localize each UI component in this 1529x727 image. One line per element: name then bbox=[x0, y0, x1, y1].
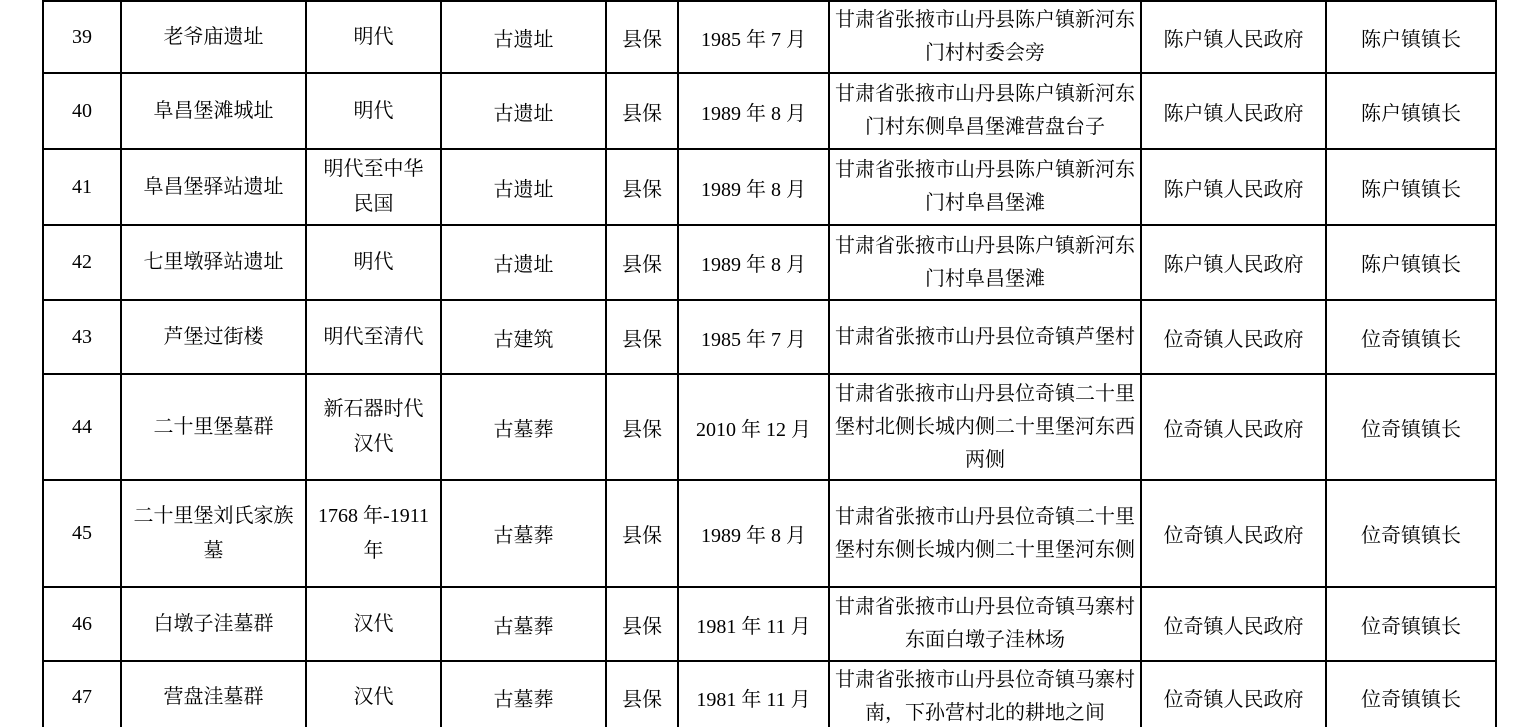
cell-category: 古遗址 bbox=[441, 149, 606, 225]
cell-category: 古墓葬 bbox=[441, 374, 606, 480]
cell-responsible-person: 陈户镇镇长 bbox=[1326, 1, 1496, 73]
table-row: 47 营盘洼墓群 汉代 古墓葬 县保 1981 年 11 月 甘肃省张掖市山丹县… bbox=[43, 661, 1496, 727]
cell-address: 甘肃省张掖市山丹县陈户镇新河东门村村委会旁 bbox=[829, 1, 1141, 73]
cell-responsible-person: 位奇镇镇长 bbox=[1326, 587, 1496, 661]
cell-site-name: 老爷庙遗址 bbox=[121, 1, 306, 73]
cell-protection-level: 县保 bbox=[606, 149, 678, 225]
cell-address: 甘肃省张掖市山丹县位奇镇马寨村东面白墩子洼林场 bbox=[829, 587, 1141, 661]
cell-number: 44 bbox=[43, 374, 121, 480]
cell-era: 明代至中华 民国 bbox=[306, 149, 441, 225]
table-row: 45 二十里堡刘氏家族 墓 1768 年-1911 年 古墓葬 县保 1989 … bbox=[43, 480, 1496, 587]
cell-date: 1989 年 8 月 bbox=[678, 480, 829, 587]
cell-responsible-person: 位奇镇镇长 bbox=[1326, 661, 1496, 727]
cell-category: 古墓葬 bbox=[441, 661, 606, 727]
cell-date: 1989 年 8 月 bbox=[678, 149, 829, 225]
cell-site-name: 营盘洼墓群 bbox=[121, 661, 306, 727]
cell-category: 古墓葬 bbox=[441, 480, 606, 587]
cell-era: 1768 年-1911 年 bbox=[306, 480, 441, 587]
cell-responsible-person: 陈户镇镇长 bbox=[1326, 225, 1496, 300]
cell-era: 明代至清代 bbox=[306, 300, 441, 374]
cell-protection-level: 县保 bbox=[606, 300, 678, 374]
cell-category: 古遗址 bbox=[441, 1, 606, 73]
cell-responsible-person: 陈户镇镇长 bbox=[1326, 73, 1496, 149]
cell-address: 甘肃省张掖市山丹县位奇镇二十里堡村东侧长城内侧二十里堡河东侧 bbox=[829, 480, 1141, 587]
cell-responsible-person: 位奇镇镇长 bbox=[1326, 374, 1496, 480]
cell-category: 古建筑 bbox=[441, 300, 606, 374]
cell-address: 甘肃省张掖市山丹县位奇镇芦堡村 bbox=[829, 300, 1141, 374]
cell-protection-level: 县保 bbox=[606, 1, 678, 73]
cell-site-name: 阜昌堡滩城址 bbox=[121, 73, 306, 149]
cell-address: 甘肃省张掖市山丹县陈户镇新河东门村阜昌堡滩 bbox=[829, 149, 1141, 225]
table-row: 39 老爷庙遗址 明代 古遗址 县保 1985 年 7 月 甘肃省张掖市山丹县陈… bbox=[43, 1, 1496, 73]
cell-protection-level: 县保 bbox=[606, 661, 678, 727]
cell-category: 古遗址 bbox=[441, 225, 606, 300]
cell-era: 新石器时代 汉代 bbox=[306, 374, 441, 480]
heritage-sites-table: 39 老爷庙遗址 明代 古遗址 县保 1985 年 7 月 甘肃省张掖市山丹县陈… bbox=[42, 0, 1497, 727]
table-row: 44 二十里堡墓群 新石器时代 汉代 古墓葬 县保 2010 年 12 月 甘肃… bbox=[43, 374, 1496, 480]
cell-responsible-person: 位奇镇镇长 bbox=[1326, 300, 1496, 374]
cell-date: 1985 年 7 月 bbox=[678, 300, 829, 374]
cell-address: 甘肃省张掖市山丹县位奇镇二十里堡村北侧长城内侧二十里堡河东西两侧 bbox=[829, 374, 1141, 480]
cell-address: 甘肃省张掖市山丹县位奇镇马寨村南，下孙营村北的耕地之间 bbox=[829, 661, 1141, 727]
cell-number: 39 bbox=[43, 1, 121, 73]
cell-responsible-unit: 陈户镇人民政府 bbox=[1141, 73, 1326, 149]
cell-responsible-unit: 位奇镇人民政府 bbox=[1141, 374, 1326, 480]
table-row: 46 白墩子洼墓群 汉代 古墓葬 县保 1981 年 11 月 甘肃省张掖市山丹… bbox=[43, 587, 1496, 661]
cell-responsible-unit: 陈户镇人民政府 bbox=[1141, 1, 1326, 73]
cell-era: 明代 bbox=[306, 73, 441, 149]
cell-number: 40 bbox=[43, 73, 121, 149]
cell-date: 2010 年 12 月 bbox=[678, 374, 829, 480]
table-row: 42 七里墩驿站遗址 明代 古遗址 县保 1989 年 8 月 甘肃省张掖市山丹… bbox=[43, 225, 1496, 300]
cell-number: 46 bbox=[43, 587, 121, 661]
cell-responsible-unit: 陈户镇人民政府 bbox=[1141, 149, 1326, 225]
cell-era: 明代 bbox=[306, 1, 441, 73]
cell-responsible-unit: 位奇镇人民政府 bbox=[1141, 300, 1326, 374]
cell-number: 45 bbox=[43, 480, 121, 587]
cell-protection-level: 县保 bbox=[606, 374, 678, 480]
table-row: 40 阜昌堡滩城址 明代 古遗址 县保 1989 年 8 月 甘肃省张掖市山丹县… bbox=[43, 73, 1496, 149]
cell-protection-level: 县保 bbox=[606, 587, 678, 661]
cell-responsible-unit: 位奇镇人民政府 bbox=[1141, 480, 1326, 587]
cell-era: 明代 bbox=[306, 225, 441, 300]
cell-category: 古遗址 bbox=[441, 73, 606, 149]
cell-category: 古墓葬 bbox=[441, 587, 606, 661]
cell-site-name: 二十里堡刘氏家族 墓 bbox=[121, 480, 306, 587]
cell-site-name: 阜昌堡驿站遗址 bbox=[121, 149, 306, 225]
cell-protection-level: 县保 bbox=[606, 73, 678, 149]
cell-responsible-unit: 陈户镇人民政府 bbox=[1141, 225, 1326, 300]
cell-site-name: 白墩子洼墓群 bbox=[121, 587, 306, 661]
cell-site-name: 二十里堡墓群 bbox=[121, 374, 306, 480]
table-row: 43 芦堡过街楼 明代至清代 古建筑 县保 1985 年 7 月 甘肃省张掖市山… bbox=[43, 300, 1496, 374]
table-row: 41 阜昌堡驿站遗址 明代至中华 民国 古遗址 县保 1989 年 8 月 甘肃… bbox=[43, 149, 1496, 225]
cell-number: 47 bbox=[43, 661, 121, 727]
cell-protection-level: 县保 bbox=[606, 480, 678, 587]
cell-era: 汉代 bbox=[306, 587, 441, 661]
cell-responsible-unit: 位奇镇人民政府 bbox=[1141, 587, 1326, 661]
cell-site-name: 芦堡过街楼 bbox=[121, 300, 306, 374]
cell-date: 1981 年 11 月 bbox=[678, 587, 829, 661]
document-page: 39 老爷庙遗址 明代 古遗址 县保 1985 年 7 月 甘肃省张掖市山丹县陈… bbox=[0, 0, 1529, 727]
cell-date: 1989 年 8 月 bbox=[678, 73, 829, 149]
cell-date: 1981 年 11 月 bbox=[678, 661, 829, 727]
cell-protection-level: 县保 bbox=[606, 225, 678, 300]
cell-number: 43 bbox=[43, 300, 121, 374]
cell-responsible-person: 位奇镇镇长 bbox=[1326, 480, 1496, 587]
cell-responsible-unit: 位奇镇人民政府 bbox=[1141, 661, 1326, 727]
cell-date: 1989 年 8 月 bbox=[678, 225, 829, 300]
cell-number: 41 bbox=[43, 149, 121, 225]
cell-address: 甘肃省张掖市山丹县陈户镇新河东门村东侧阜昌堡滩营盘台子 bbox=[829, 73, 1141, 149]
cell-era: 汉代 bbox=[306, 661, 441, 727]
cell-address: 甘肃省张掖市山丹县陈户镇新河东门村阜昌堡滩 bbox=[829, 225, 1141, 300]
cell-site-name: 七里墩驿站遗址 bbox=[121, 225, 306, 300]
cell-date: 1985 年 7 月 bbox=[678, 1, 829, 73]
cell-responsible-person: 陈户镇镇长 bbox=[1326, 149, 1496, 225]
cell-number: 42 bbox=[43, 225, 121, 300]
